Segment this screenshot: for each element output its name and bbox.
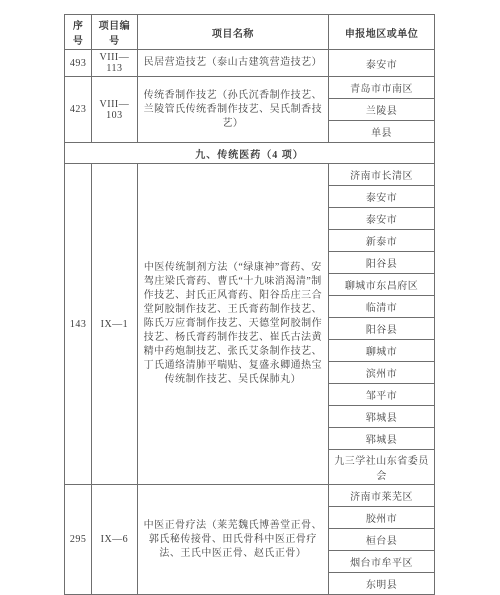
region-cell: 郓城县	[329, 428, 435, 450]
code-cell: IX—6	[92, 485, 137, 595]
region-cell: 烟台市牟平区	[329, 551, 435, 573]
region-cell: 单县	[329, 121, 435, 143]
region-cell: 兰陵县	[329, 99, 435, 121]
serial-cell: 295	[65, 485, 92, 595]
serial-cell: 493	[65, 50, 92, 77]
region-cell: 阳谷县	[329, 318, 435, 340]
code-cell: VIII—103	[92, 77, 137, 143]
region-cell: 新泰市	[329, 230, 435, 252]
table-row: 493 VIII—113 民居营造技艺（泰山古建筑营造技艺） 泰安市	[65, 50, 435, 77]
col-header-region: 申报地区或单位	[329, 15, 435, 50]
region-cell: 郓城县	[329, 406, 435, 428]
name-cell: 民居营造技艺（泰山古建筑营造技艺）	[137, 50, 329, 77]
region-cell: 泰安市	[329, 208, 435, 230]
region-cell: 济南市长清区	[329, 164, 435, 186]
region-cell: 青岛市市南区	[329, 77, 435, 99]
region-cell: 聊城市东昌府区	[329, 274, 435, 296]
table-row: 423 VIII—103 传统香制作技艺（孙氏沉香制作技艺、兰陵管氏传统香制作技…	[65, 77, 435, 99]
serial-cell: 143	[65, 164, 92, 485]
region-cell: 泰安市	[329, 50, 435, 77]
region-cell: 聊城市	[329, 340, 435, 362]
code-cell: VIII—113	[92, 50, 137, 77]
section-header-row: 九、传统医药（4 项）	[65, 143, 435, 164]
region-cell: 邹平市	[329, 384, 435, 406]
region-cell: 东明县	[329, 573, 435, 595]
name-cell: 中医正骨疗法（莱芜魏氏博善堂正骨、郭氏秘传接骨、田氏骨科中医正骨疗法、王氏中医正…	[137, 485, 329, 595]
table-row: 295 IX—6 中医正骨疗法（莱芜魏氏博善堂正骨、郭氏秘传接骨、田氏骨科中医正…	[65, 485, 435, 507]
section-header: 九、传统医药（4 项）	[65, 143, 435, 164]
table-header-row: 序号 项目编号 项目名称 申报地区或单位	[65, 15, 435, 50]
col-header-name: 项目名称	[137, 15, 329, 50]
region-cell: 桓台县	[329, 529, 435, 551]
heritage-project-table: 序号 项目编号 项目名称 申报地区或单位 493 VIII—113 民居营造技艺…	[64, 14, 435, 595]
region-cell: 济南市莱芜区	[329, 485, 435, 507]
code-cell: IX—1	[92, 164, 137, 485]
name-cell: 中医传统制剂方法（“绿康神”膏药、安驾庄梁氏膏药、曹氏“十九味消渴清”制作技艺、…	[137, 164, 329, 485]
table-row: 143 IX—1 中医传统制剂方法（“绿康神”膏药、安驾庄梁氏膏药、曹氏“十九味…	[65, 164, 435, 186]
col-header-serial: 序号	[65, 15, 92, 50]
region-cell: 阳谷县	[329, 252, 435, 274]
region-cell: 胶州市	[329, 507, 435, 529]
serial-cell: 423	[65, 77, 92, 143]
region-cell: 泰安市	[329, 186, 435, 208]
region-cell: 临清市	[329, 296, 435, 318]
region-cell: 九三学社山东省委员会	[329, 450, 435, 485]
col-header-code: 项目编号	[92, 15, 137, 50]
region-cell: 滨州市	[329, 362, 435, 384]
name-cell: 传统香制作技艺（孙氏沉香制作技艺、兰陵管氏传统香制作技艺、吴氏制香技艺）	[137, 77, 329, 143]
